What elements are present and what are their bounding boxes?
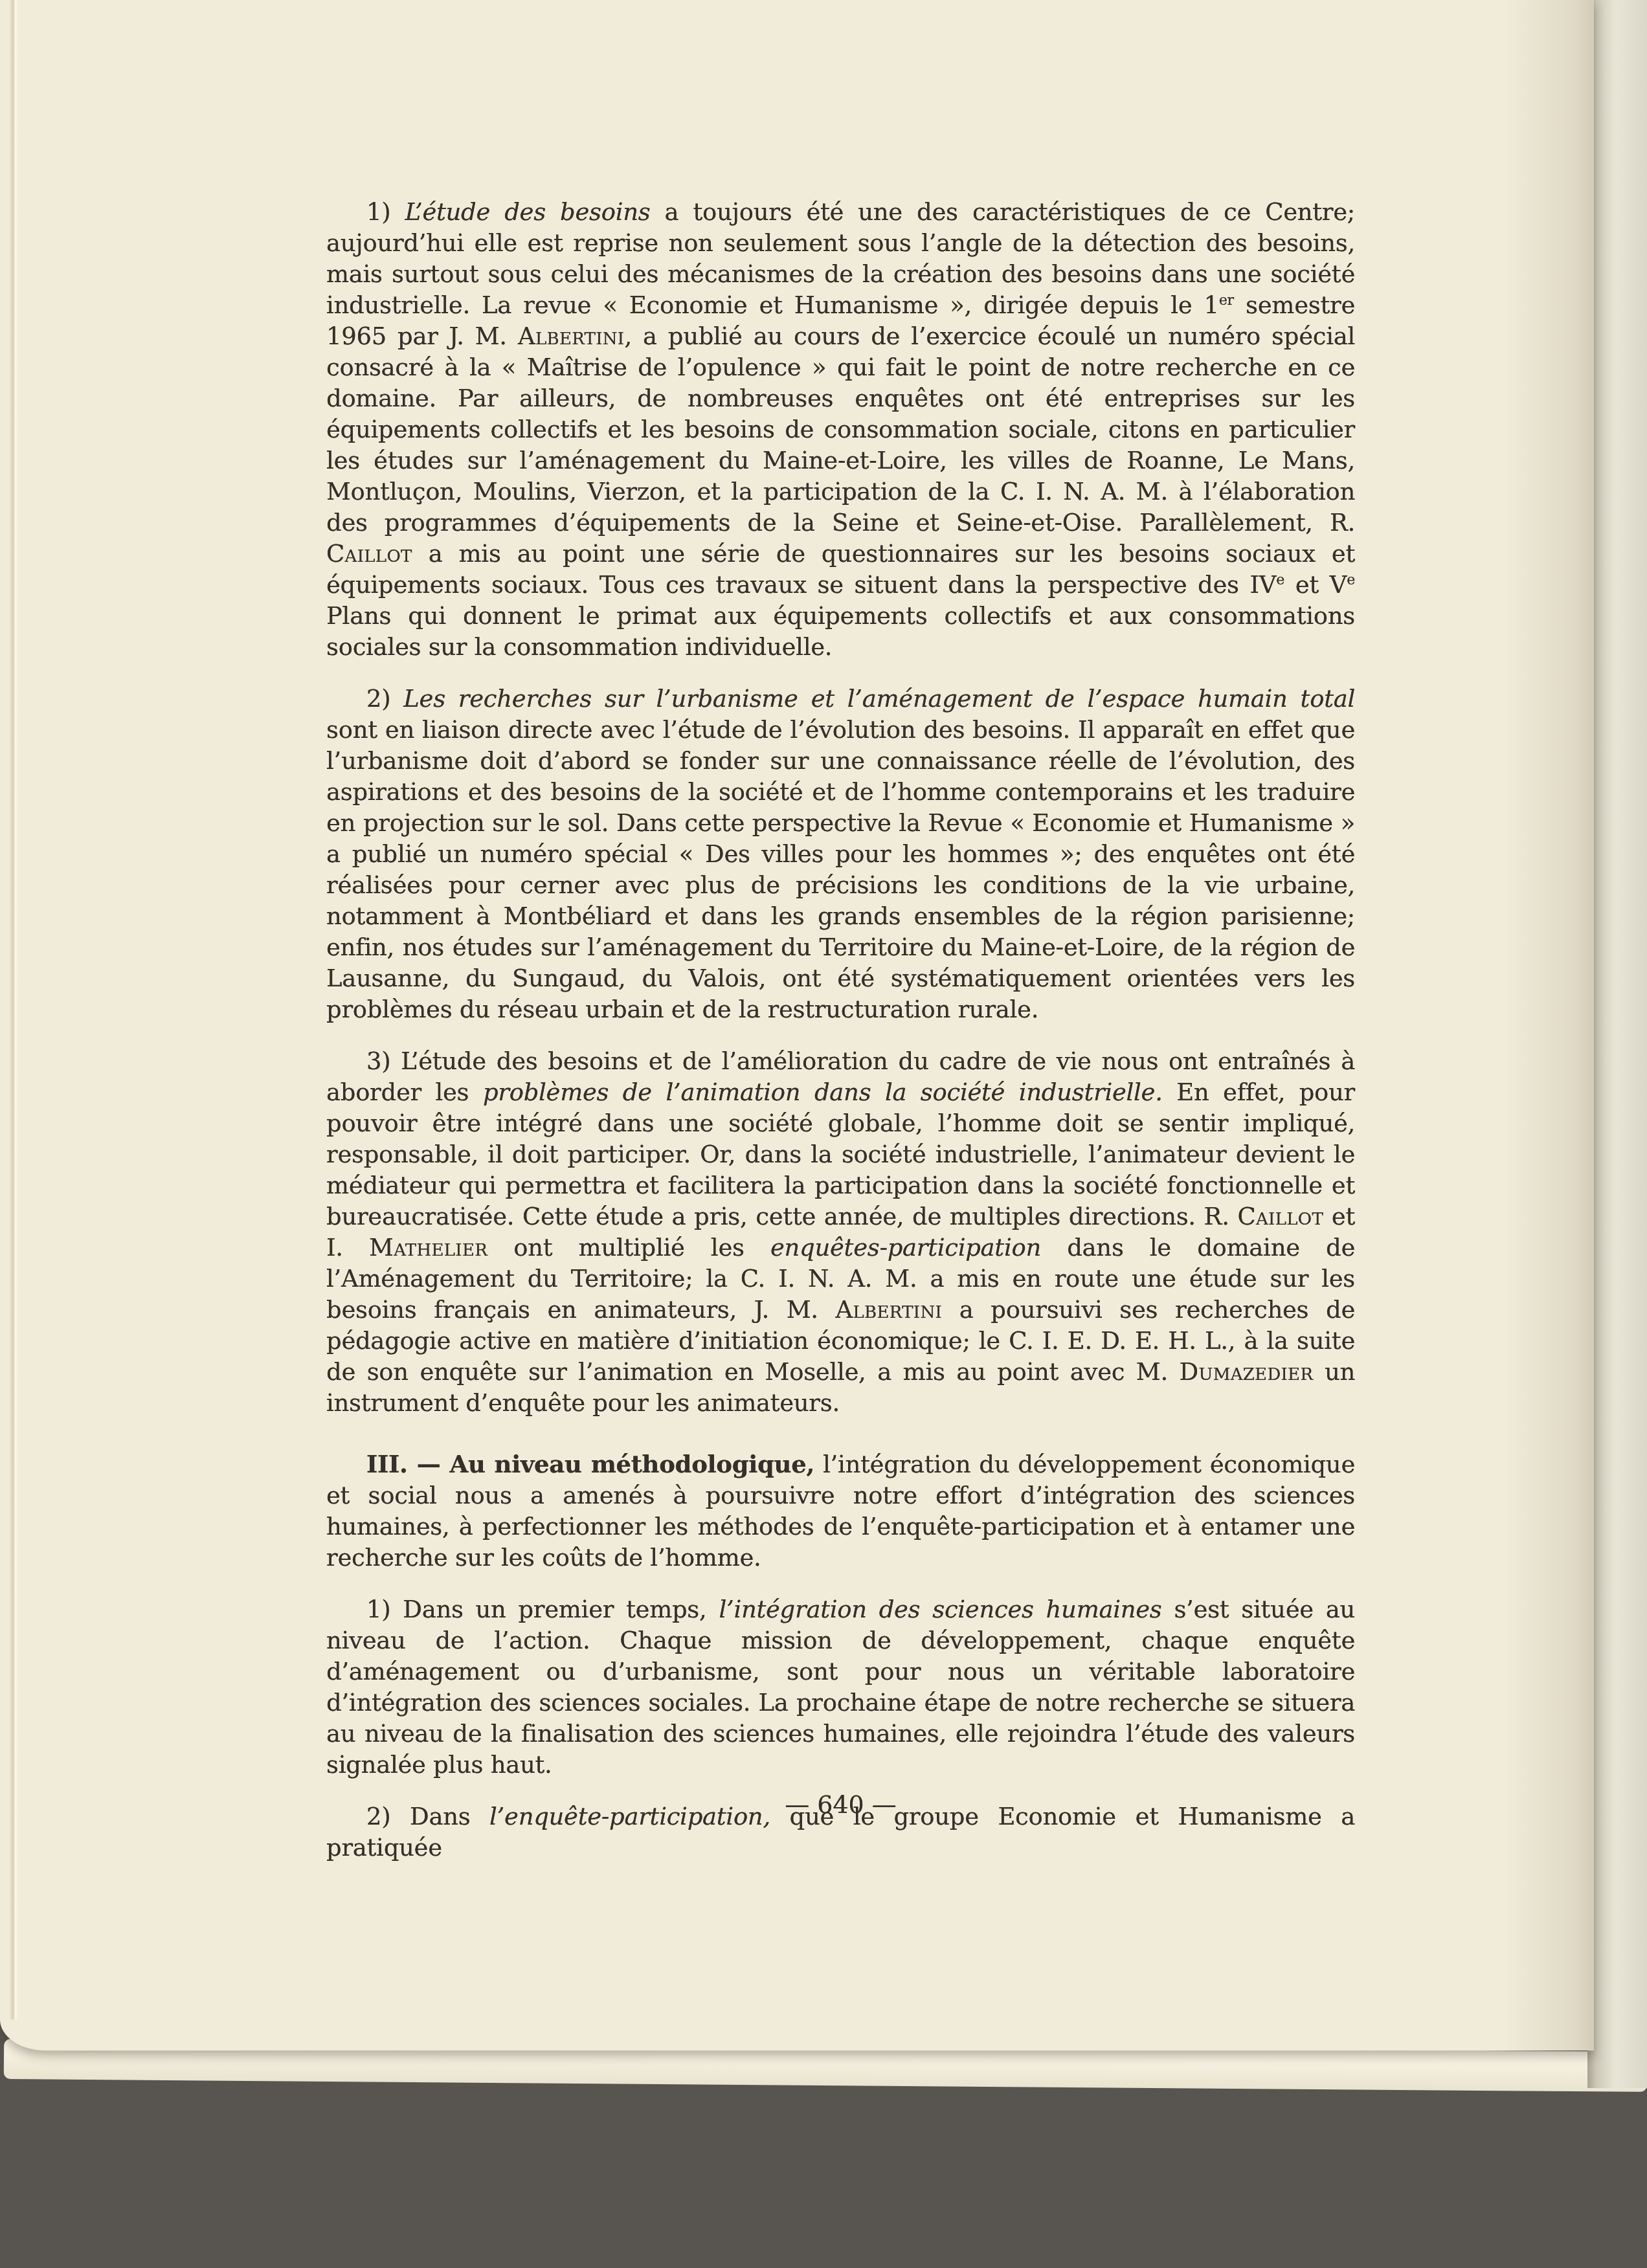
- text-segment-smallcaps: Albertini: [518, 322, 625, 350]
- text-segment: ont multiplié les: [487, 1234, 770, 1262]
- text-segment: 1) Dans un premier temps,: [366, 1595, 719, 1623]
- text-segment-italic: enquêtes-participation: [770, 1234, 1041, 1262]
- text-segment: 2): [366, 685, 403, 713]
- text-segment-smallcaps: Caillot: [326, 540, 412, 568]
- superscript: e: [1347, 572, 1355, 588]
- text-segment: , a publié au cours de l’exercice écoulé…: [326, 322, 1355, 537]
- photographed-book-page-scene: { "document": { "kind": "scanned book pa…: [0, 0, 1647, 2268]
- section-heading: III. — Au niveau méthodologique,: [366, 1450, 814, 1478]
- text-segment-italic: l’intégration des sciences humaines: [719, 1595, 1161, 1623]
- text-segment-smallcaps: Albertini: [836, 1296, 943, 1324]
- page-number: — 640 —: [326, 1789, 1355, 1820]
- book-page: 1) L’étude des besoins a toujours été un…: [0, 0, 1594, 2051]
- text-segment-smallcaps: Caillot: [1237, 1203, 1323, 1230]
- page-text-block: 1) L’étude des besoins a toujours été un…: [326, 197, 1355, 1863]
- paragraph-1: 1) L’étude des besoins a toujours été un…: [326, 197, 1355, 663]
- paragraph-4: 1) Dans un premier temps, l’intégration …: [326, 1594, 1355, 1781]
- text-segment-smallcaps: Dumazedier: [1180, 1358, 1314, 1386]
- section-heading-paragraph: III. — Au niveau méthodologique, l’intég…: [326, 1449, 1355, 1573]
- paragraph-2: 2) Les recherches sur l’urbanisme et l’a…: [326, 684, 1355, 1025]
- gutter-crease: [9, 0, 18, 2019]
- paragraph-3: 3) L’étude des besoins et de l’améliorat…: [326, 1046, 1355, 1419]
- page-curl-shading: [1503, 0, 1594, 2051]
- superscript: er: [1219, 292, 1234, 309]
- text-segment-italic: Les recherches sur l’urbanisme et l’amén…: [403, 685, 1355, 713]
- text-segment: et V: [1284, 571, 1347, 599]
- text-segment-smallcaps: Mathelier: [369, 1234, 487, 1262]
- text-segment-italic: problèmes de l’animation dans la société…: [483, 1078, 1163, 1106]
- facing-page-edge: [1587, 0, 1647, 2088]
- text-segment: sont en liaison directe avec l’étude de …: [326, 716, 1355, 1023]
- text-segment: Plans qui donnent le primat aux équipeme…: [326, 602, 1355, 661]
- text-segment: a mis au point une série de questionnair…: [326, 540, 1355, 599]
- text-segment: 1): [366, 198, 405, 226]
- superscript: e: [1276, 572, 1284, 588]
- text-segment-italic: L’étude des besoins: [405, 198, 651, 226]
